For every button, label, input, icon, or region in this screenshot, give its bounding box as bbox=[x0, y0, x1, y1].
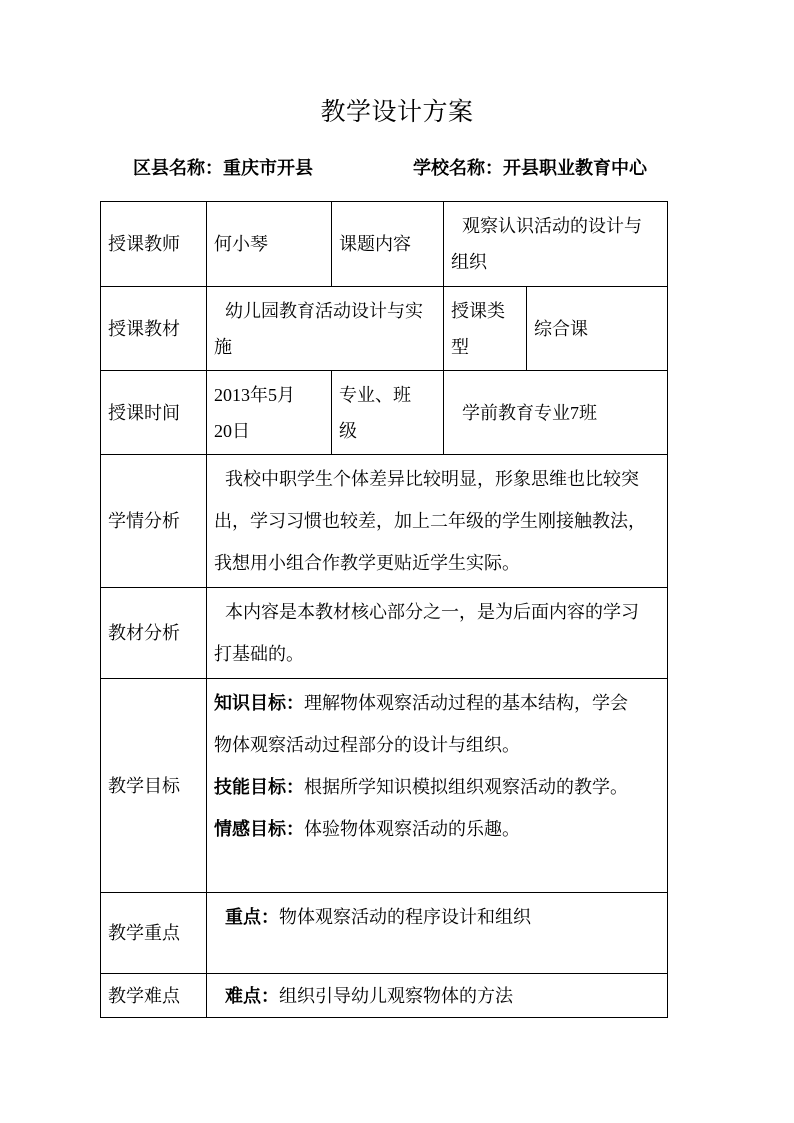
key-point-label-cell: 教学重点 bbox=[101, 893, 207, 974]
page-title: 教学设计方案 bbox=[0, 0, 794, 130]
topic-value-cell: 观察认识活动的设计与 组织 bbox=[444, 202, 668, 287]
student-analysis-value-cell: 我校中职学生个体差异比较明显，形象思维也比较突 出，学习习惯也较差，加上二年级的… bbox=[207, 455, 668, 588]
district-value: 重庆市开县 bbox=[223, 158, 313, 178]
student-analysis-label-cell: 学情分析 bbox=[101, 455, 207, 588]
table-row-objectives: 教学目标 知识目标：理解物体观察活动过程的基本结构，学会 物体观察活动过程部分的… bbox=[101, 679, 668, 893]
difficult-point-prefix: 难点： bbox=[225, 986, 279, 1006]
class-label-cell: 专业、班 级 bbox=[332, 371, 444, 455]
table-row-material-analysis: 教材分析 本内容是本教材核心部分之一，是为后面内容的学习 打基础的。 bbox=[101, 588, 668, 679]
school-label: 学校名称： bbox=[413, 158, 503, 178]
skill-goal-label: 技能目标： bbox=[214, 777, 304, 797]
emotion-goal-label: 情感目标： bbox=[214, 819, 304, 839]
school-value: 开县职业教育中心 bbox=[503, 158, 647, 178]
key-point-prefix: 重点： bbox=[225, 907, 279, 927]
difficult-point-value-cell: 难点：组织引导幼儿观察物体的方法 bbox=[207, 974, 668, 1018]
district-label: 区县名称： bbox=[133, 158, 223, 178]
topic-label-cell: 课题内容 bbox=[332, 202, 444, 287]
emotion-goal: 情感目标：体验物体观察活动的乐趣。 bbox=[214, 808, 660, 850]
time-value-cell: 2013年5月 20日 bbox=[207, 371, 332, 455]
key-point-text: 物体观察活动的程序设计和组织 bbox=[279, 907, 531, 927]
knowledge-goal-label: 知识目标： bbox=[214, 693, 304, 713]
objectives-value-cell: 知识目标：理解物体观察活动过程的基本结构，学会 物体观察活动过程部分的设计与组织… bbox=[207, 679, 668, 893]
lesson-info-table: 授课教师 何小琴 课题内容 观察认识活动的设计与 组织 授课教材 幼儿园教育活动… bbox=[100, 201, 668, 1018]
table-row-key-point: 教学重点 重点：物体观察活动的程序设计和组织 bbox=[101, 893, 668, 974]
material-analysis-label-cell: 教材分析 bbox=[101, 588, 207, 679]
textbook-value-cell: 幼儿园教育活动设计与实 施 bbox=[207, 287, 444, 371]
table-row-student-analysis: 学情分析 我校中职学生个体差异比较明显，形象思维也比较突 出，学习习惯也较差，加… bbox=[101, 455, 668, 588]
table-row-textbook: 授课教材 幼儿园教育活动设计与实 施 授课类 型 综合课 bbox=[101, 287, 668, 371]
course-type-label-cell: 授课类 型 bbox=[444, 287, 527, 371]
document-page: { "document": { "title": "教学设计方案", "head… bbox=[0, 0, 794, 1123]
material-analysis-value-cell: 本内容是本教材核心部分之一，是为后面内容的学习 打基础的。 bbox=[207, 588, 668, 679]
district-name: 区县名称：重庆市开县 bbox=[133, 156, 313, 180]
time-label-cell: 授课时间 bbox=[101, 371, 207, 455]
textbook-label-cell: 授课教材 bbox=[101, 287, 207, 371]
header-line: 区县名称：重庆市开县学校名称：开县职业教育中心 bbox=[133, 156, 794, 180]
difficult-point-text: 组织引导幼儿观察物体的方法 bbox=[279, 986, 513, 1006]
table-row-time: 授课时间 2013年5月 20日 专业、班 级 学前教育专业7班 bbox=[101, 371, 668, 455]
key-point-value-cell: 重点：物体观察活动的程序设计和组织 bbox=[207, 893, 668, 974]
knowledge-goal: 知识目标：理解物体观察活动过程的基本结构，学会 物体观察活动过程部分的设计与组织… bbox=[214, 682, 660, 766]
school-name: 学校名称：开县职业教育中心 bbox=[413, 156, 647, 180]
teacher-label-cell: 授课教师 bbox=[101, 202, 207, 287]
emotion-goal-text: 体验物体观察活动的乐趣。 bbox=[304, 819, 520, 839]
table-row-teacher: 授课教师 何小琴 课题内容 观察认识活动的设计与 组织 bbox=[101, 202, 668, 287]
class-value-cell: 学前教育专业7班 bbox=[444, 371, 668, 455]
course-type-value-cell: 综合课 bbox=[527, 287, 668, 371]
skill-goal: 技能目标：根据所学知识模拟组织观察活动的教学。 bbox=[214, 766, 660, 808]
teacher-value-cell: 何小琴 bbox=[207, 202, 332, 287]
table-row-difficult-point: 教学难点 难点：组织引导幼儿观察物体的方法 bbox=[101, 974, 668, 1018]
objectives-label-cell: 教学目标 bbox=[101, 679, 207, 893]
skill-goal-text: 根据所学知识模拟组织观察活动的教学。 bbox=[304, 777, 628, 797]
difficult-point-label-cell: 教学难点 bbox=[101, 974, 207, 1018]
